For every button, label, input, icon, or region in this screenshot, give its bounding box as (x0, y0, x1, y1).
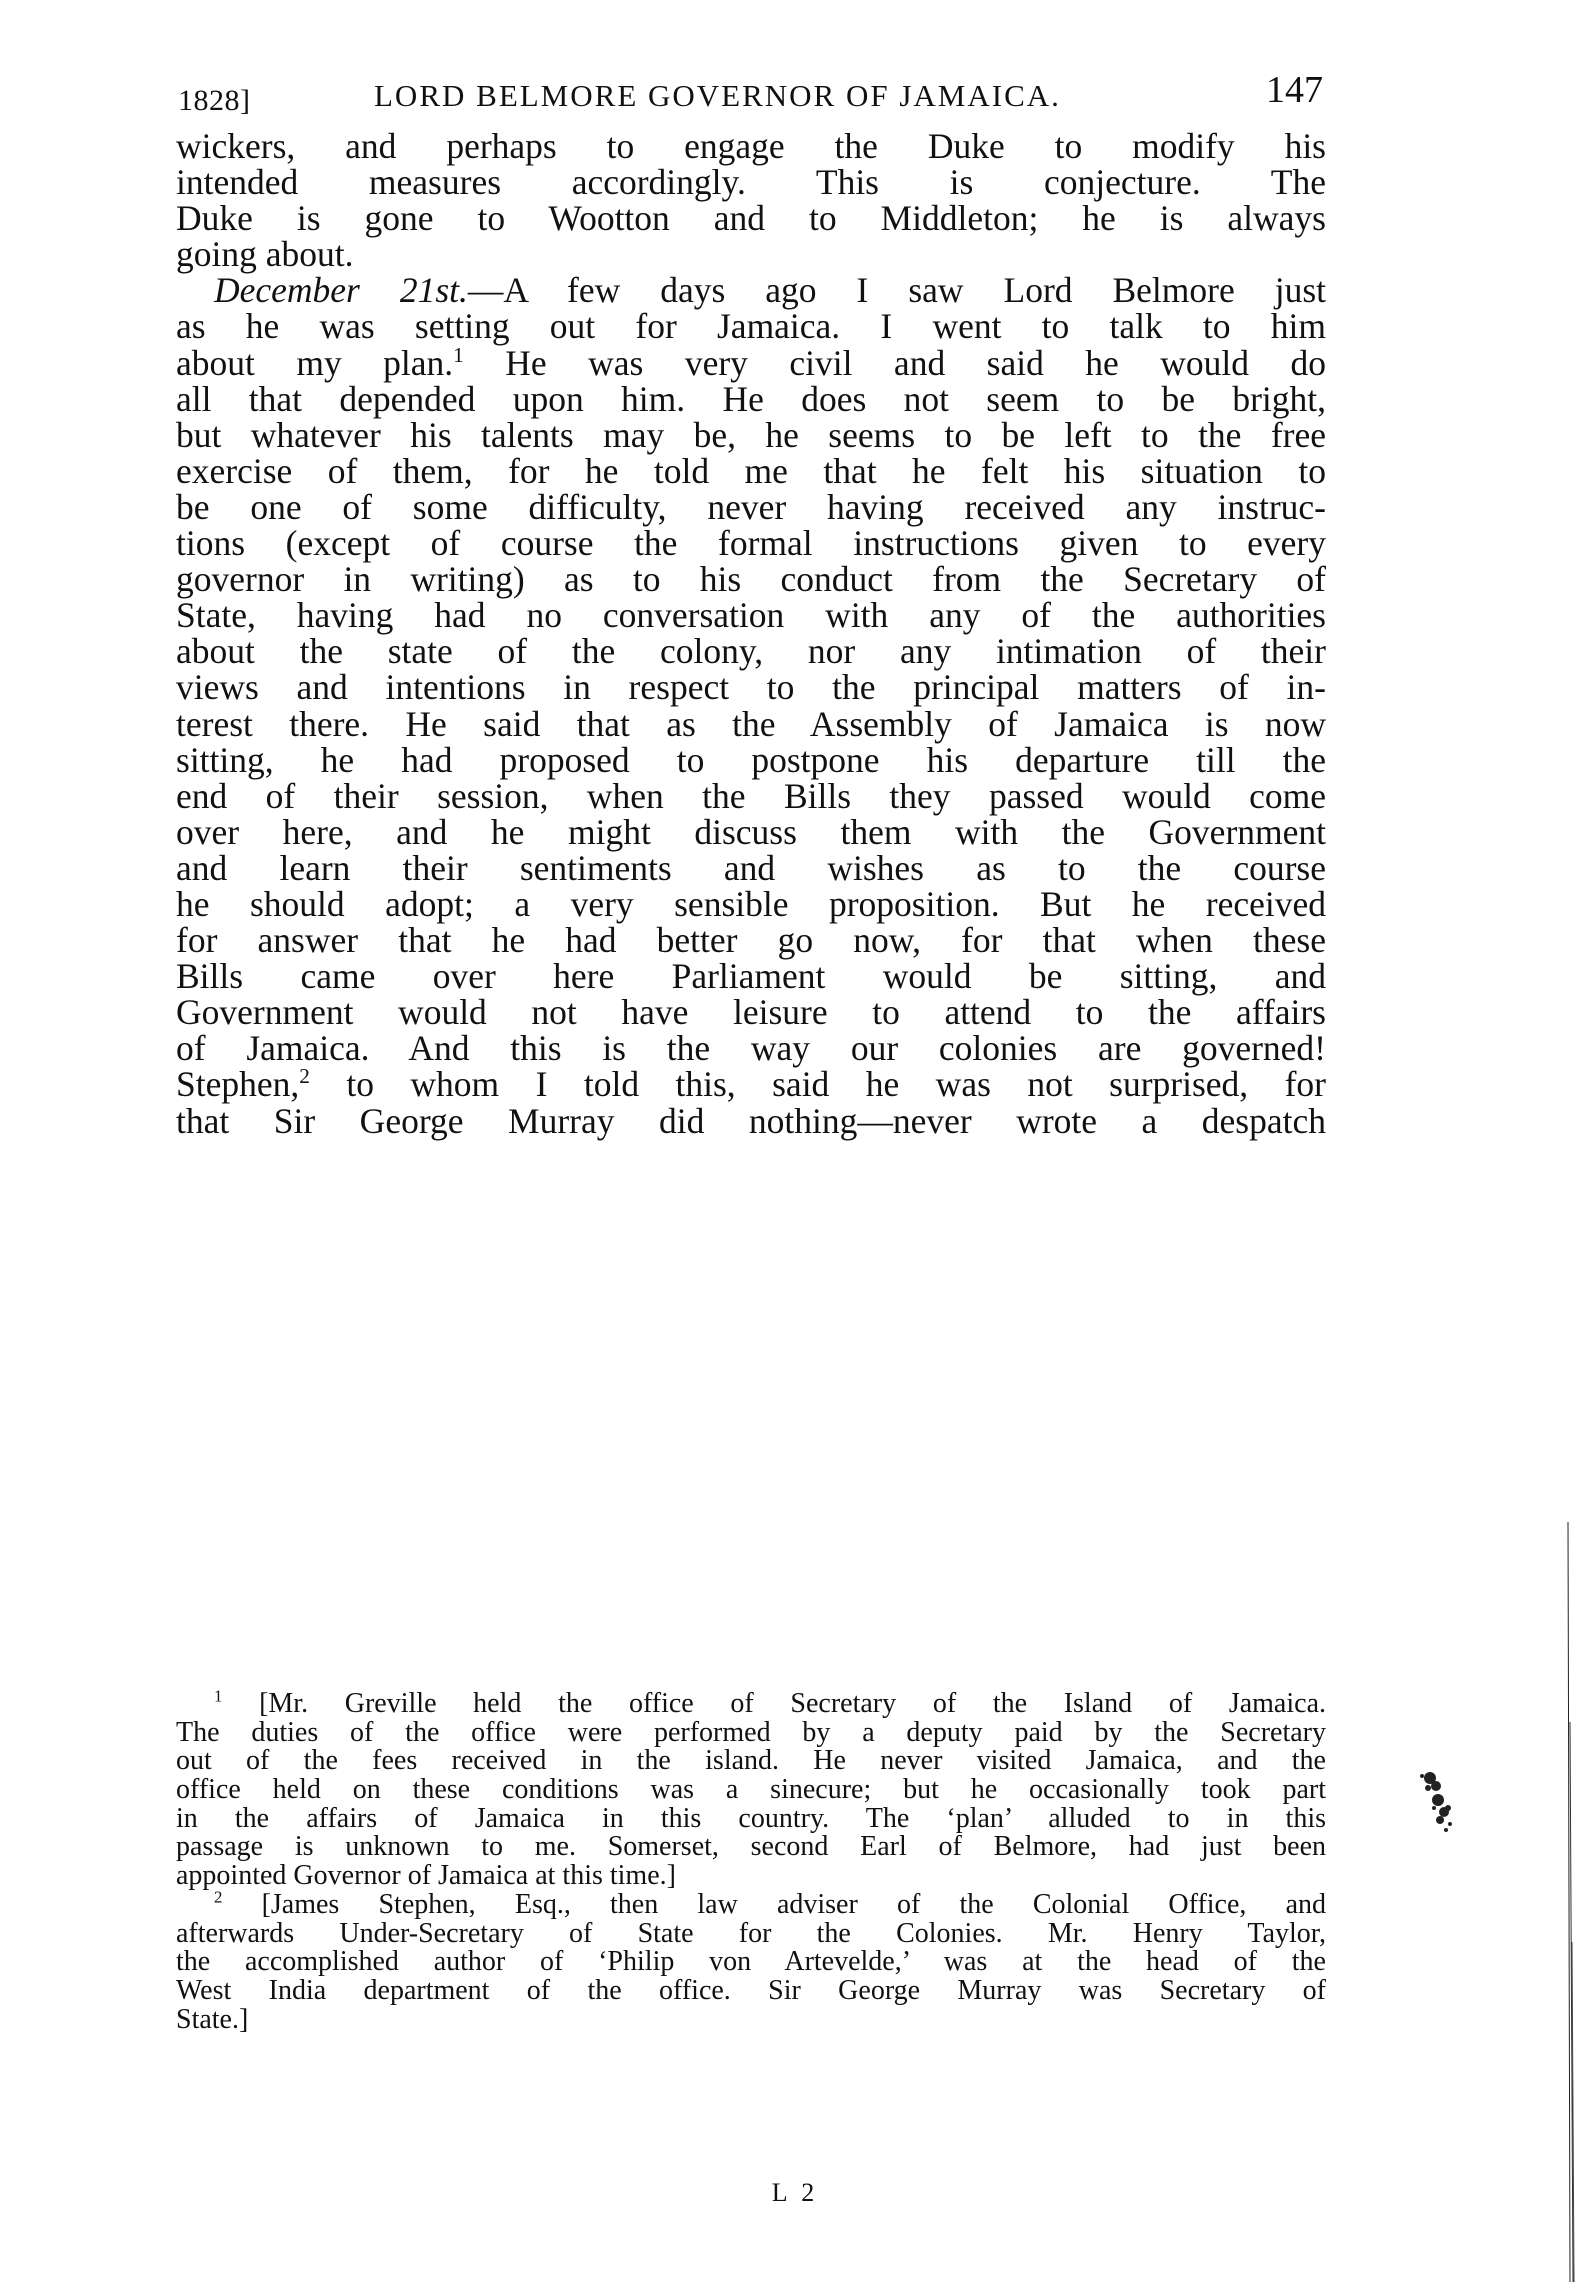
body-line: as he was setting out for Jamaica. I wen… (176, 308, 1326, 344)
footnote-1-line: The duties of the office were performed … (176, 1719, 1326, 1748)
footnote-text: [Mr. Greville held the office of Secreta… (259, 1688, 1326, 1719)
footnote-marker-1: 1 (214, 1687, 222, 1706)
body-line-text: to whom I told this, said he was not sur… (310, 1064, 1326, 1104)
body-line: all that depended upon him. He does not … (176, 381, 1326, 417)
body-line: that Sir George Murray did nothing—never… (176, 1103, 1326, 1139)
diary-entry-heading-line: December 21st.—A few days ago I saw Lord… (176, 272, 1326, 308)
footnote-1-line: in the affairs of Jamaica in this countr… (176, 1805, 1326, 1834)
page-edge-artifact (1567, 1522, 1575, 2282)
footnote-2-line: afterwards Under-Secretary of State for … (176, 1920, 1326, 1949)
footnote-1-line: appointed Governor of Jamaica at this ti… (176, 1862, 1326, 1891)
body-text: wickers, and perhaps to engage the Duke … (176, 128, 1326, 1139)
body-line: Bills came over here Parliament would be… (176, 958, 1326, 994)
running-head-year: 1828] (178, 84, 251, 118)
body-line: of Jamaica. And this is the way our colo… (176, 1030, 1326, 1066)
running-head: 1828] LORD BELMORE GOVERNOR OF JAMAICA. … (178, 68, 1323, 118)
footnote-text: [James Stephen, Esq., then law adviser o… (262, 1889, 1326, 1920)
body-line-text: —A few days ago I saw Lord Belmore just (468, 270, 1326, 310)
body-line: views and intentions in respect to the p… (176, 669, 1326, 705)
running-head-title: LORD BELMORE GOVERNOR OF JAMAICA. (374, 78, 1061, 114)
body-line: and learn their sentiments and wishes as… (176, 850, 1326, 886)
body-line-text: about my plan. (176, 343, 453, 383)
footnotes: 1 [Mr. Greville held the office of Secre… (176, 1690, 1326, 2034)
body-line: State, having had no conversation with a… (176, 597, 1326, 633)
body-line: tions (except of course the formal instr… (176, 525, 1326, 561)
body-line: going about. (176, 236, 1326, 272)
body-line: be one of some difficulty, never having … (176, 489, 1326, 525)
body-line: wickers, and perhaps to engage the Duke … (176, 128, 1326, 164)
body-line: Duke is gone to Wootton and to Middleton… (176, 200, 1326, 236)
footnote-1-line: passage is unknown to me. Somerset, seco… (176, 1833, 1326, 1862)
footnote-2-line: State.] (176, 2006, 1326, 2035)
body-line-with-note: about my plan.1 He was very civil and sa… (176, 345, 1326, 381)
body-line-text: Stephen, (176, 1064, 299, 1104)
body-line: but whatever his talents may be, he seem… (176, 417, 1326, 453)
body-line: Government would not have leisure to att… (176, 994, 1326, 1030)
body-line: sitting, he had proposed to postpone his… (176, 742, 1326, 778)
book-page: 1828] LORD BELMORE GOVERNOR OF JAMAICA. … (0, 0, 1590, 2285)
signature-mark: L 2 (0, 2178, 1590, 2208)
footnote-marker-2: 2 (214, 1887, 222, 1906)
body-line-text: He was very civil and said he would do (464, 343, 1326, 383)
footnote-1-line: 1 [Mr. Greville held the office of Secre… (176, 1690, 1326, 1719)
footnote-2-line: 2 [James Stephen, Esq., then law adviser… (176, 1891, 1326, 1920)
footnote-1-line: office held on these conditions was a si… (176, 1776, 1326, 1805)
body-line: end of their session, when the Bills the… (176, 778, 1326, 814)
body-line: he should adopt; a very sensible proposi… (176, 886, 1326, 922)
footnote-1-line: out of the fees received in the island. … (176, 1747, 1326, 1776)
body-line: about the state of the colony, nor any i… (176, 633, 1326, 669)
body-line: governor in writing) as to his conduct f… (176, 561, 1326, 597)
footnote-2-line: West India department of the office. Sir… (176, 1977, 1326, 2006)
entry-date: December 21st. (214, 270, 468, 310)
footnote-ref-1[interactable]: 1 (453, 343, 464, 367)
scan-speck-artifact (1410, 1768, 1460, 1838)
page-number: 147 (1266, 68, 1323, 112)
body-line-with-note: Stephen,2 to whom I told this, said he w… (176, 1066, 1326, 1102)
footnote-2-line: the accomplished author of ‘Philip von A… (176, 1948, 1326, 1977)
body-line: over here, and he might discuss them wit… (176, 814, 1326, 850)
body-line: terest there. He said that as the Assemb… (176, 706, 1326, 742)
body-line: intended measures accordingly. This is c… (176, 164, 1326, 200)
body-line: for answer that he had better go now, fo… (176, 922, 1326, 958)
footnote-ref-2[interactable]: 2 (299, 1065, 310, 1089)
body-line: exercise of them, for he told me that he… (176, 453, 1326, 489)
